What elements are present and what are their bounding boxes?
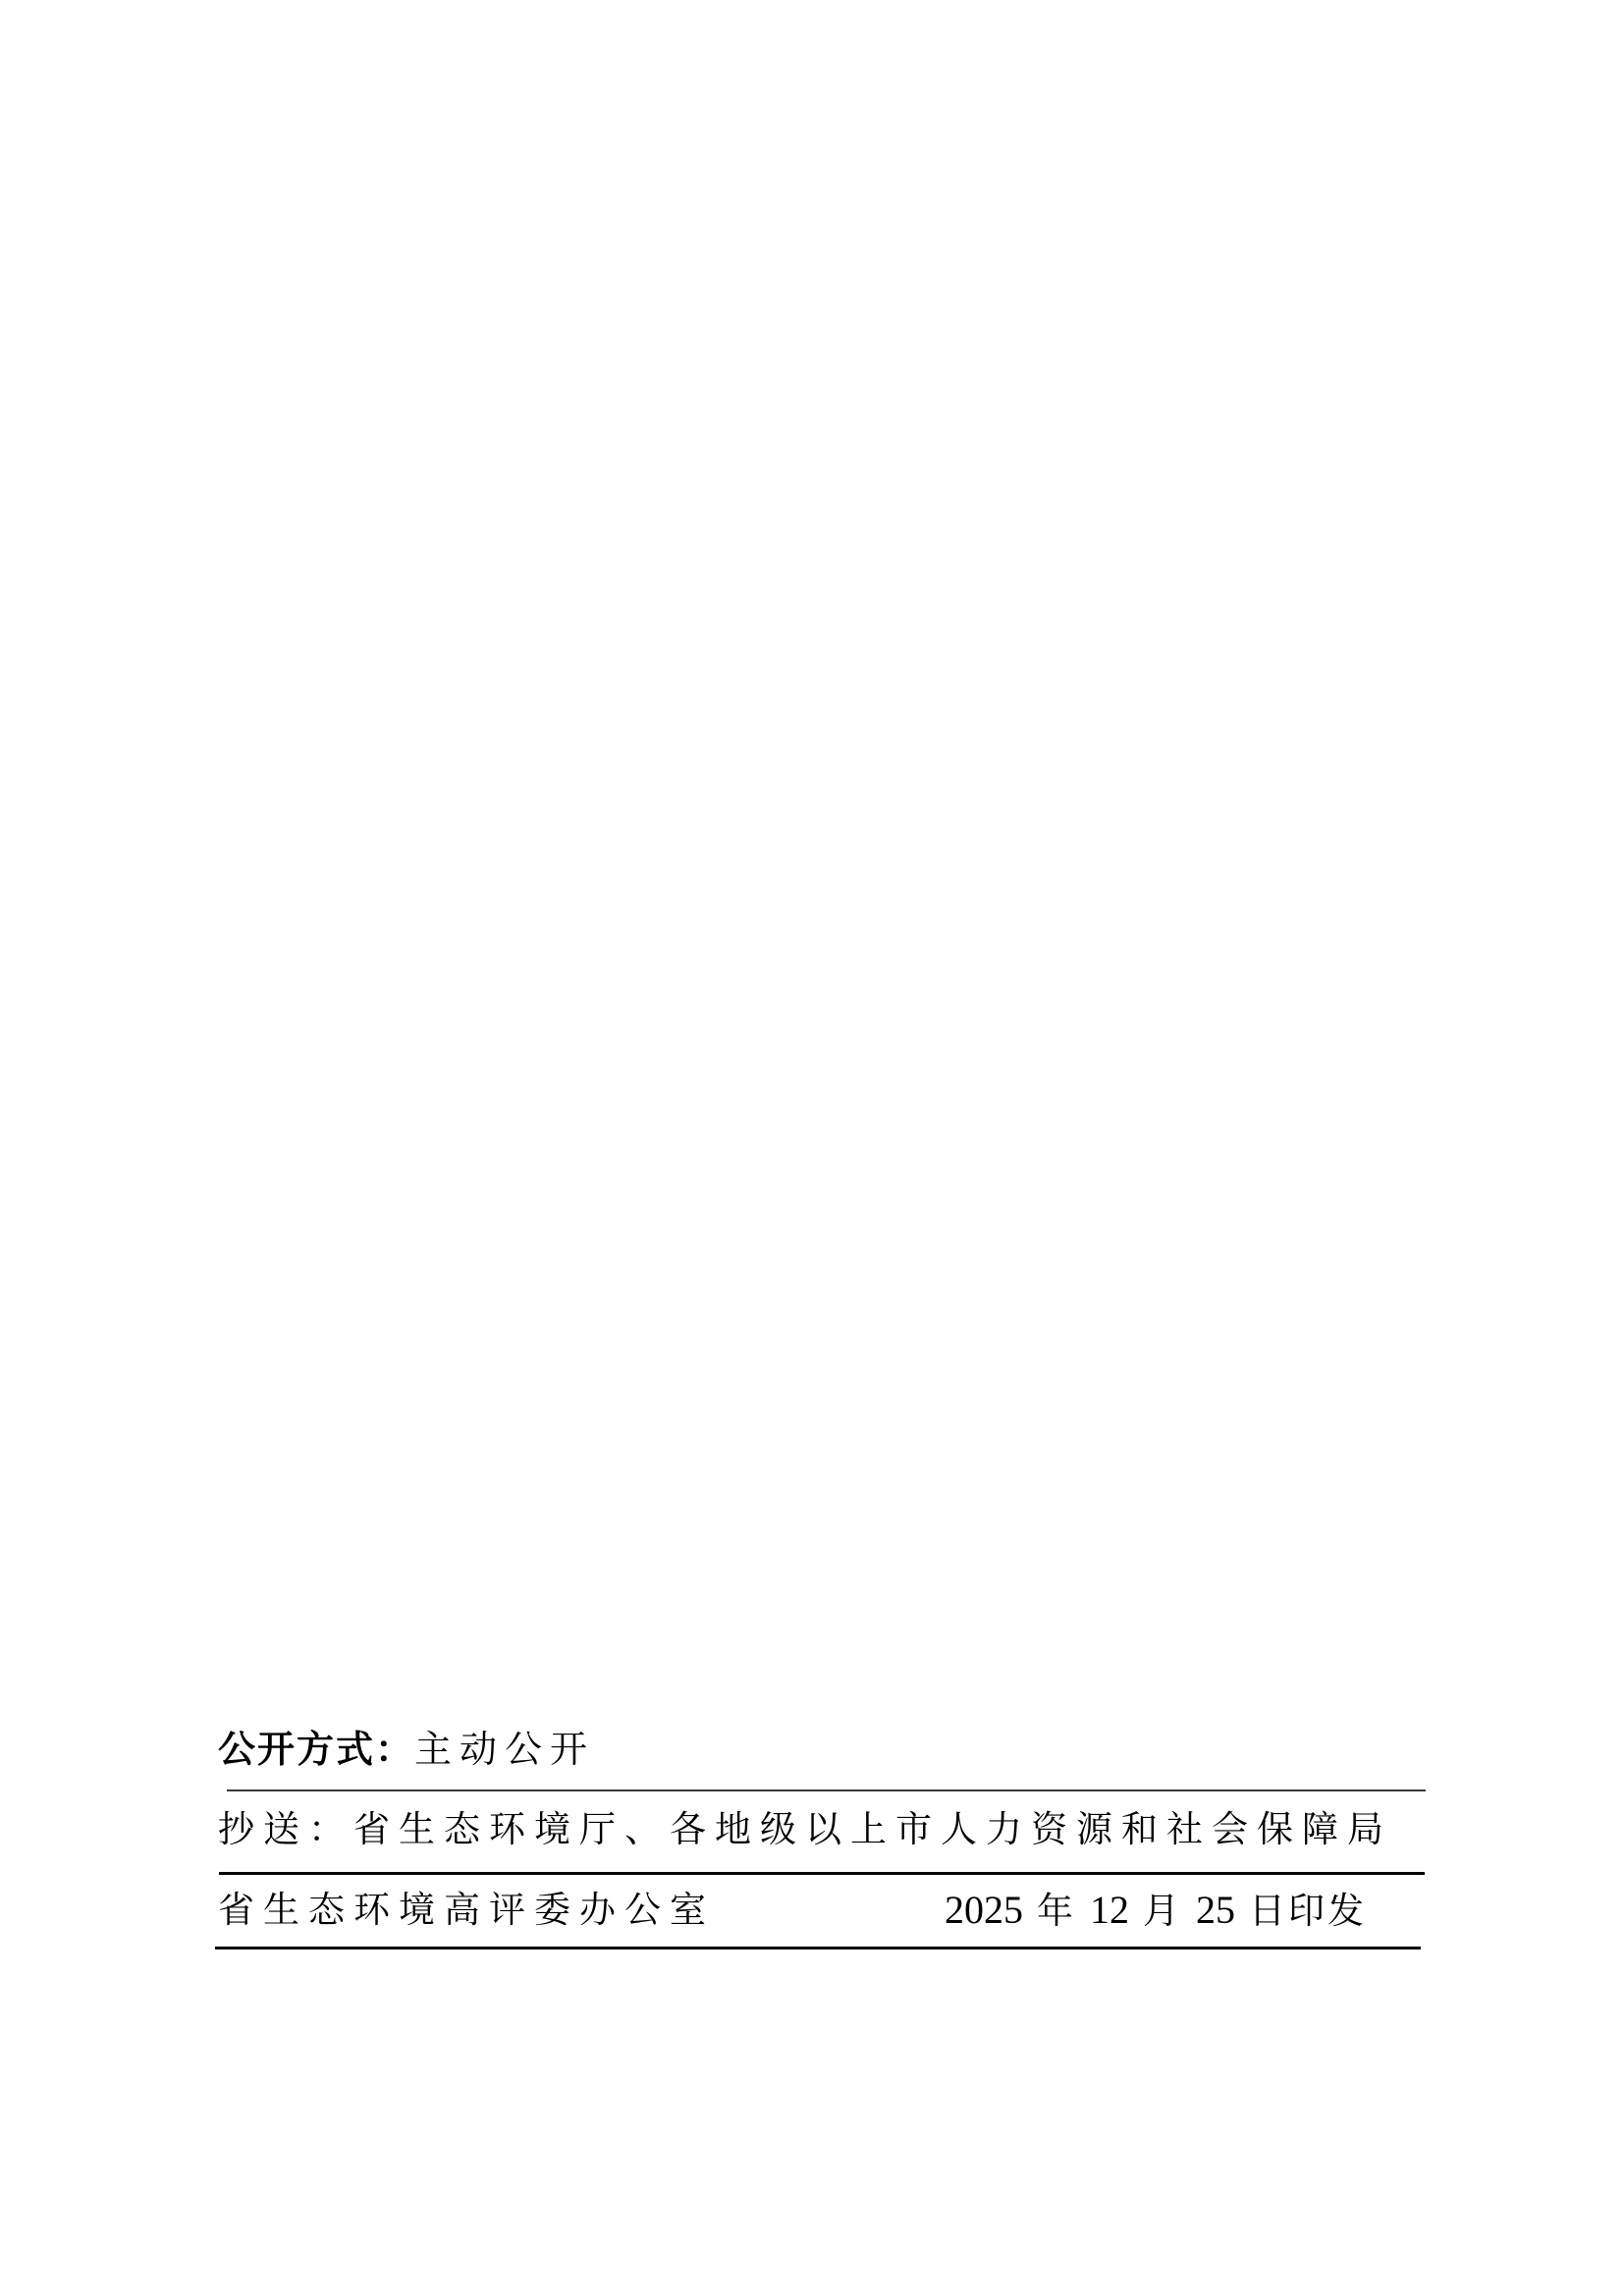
issue-year-unit: 年 bbox=[1037, 1890, 1076, 1932]
issue-day: 25 bbox=[1196, 1888, 1235, 1932]
disclosure-method: 公开方式：主动公开 bbox=[218, 1725, 595, 1774]
divider-top bbox=[227, 1789, 1426, 1791]
disclosure-label: 公开方式： bbox=[218, 1728, 414, 1771]
issue-date: 2025年12月25日印发 bbox=[945, 1883, 1367, 1939]
cc-line: 抄送：省生态环境厅、各地级以上市人力资源和社会保障局 bbox=[218, 1802, 1392, 1857]
issue-month: 12 bbox=[1090, 1888, 1129, 1932]
document-page: 公开方式：主动公开 抄送：省生态环境厅、各地级以上市人力资源和社会保障局 省生态… bbox=[0, 0, 1624, 2296]
divider-middle bbox=[219, 1872, 1425, 1875]
divider-bottom bbox=[215, 1947, 1421, 1949]
cc-recipients: 省生态环境厅、各地级以上市人力资源和社会保障局 bbox=[353, 1808, 1392, 1850]
issue-month-unit: 月 bbox=[1143, 1890, 1182, 1932]
disclosure-value: 主动公开 bbox=[414, 1728, 595, 1771]
issue-row: 省生态环境高评委办公室 2025年12月25日印发 bbox=[218, 1883, 1421, 1938]
cc-label: 抄送： bbox=[218, 1808, 353, 1850]
issue-day-unit: 日印发 bbox=[1249, 1890, 1367, 1932]
issuer: 省生态环境高评委办公室 bbox=[218, 1883, 715, 1938]
issue-year: 2025 bbox=[945, 1888, 1023, 1932]
